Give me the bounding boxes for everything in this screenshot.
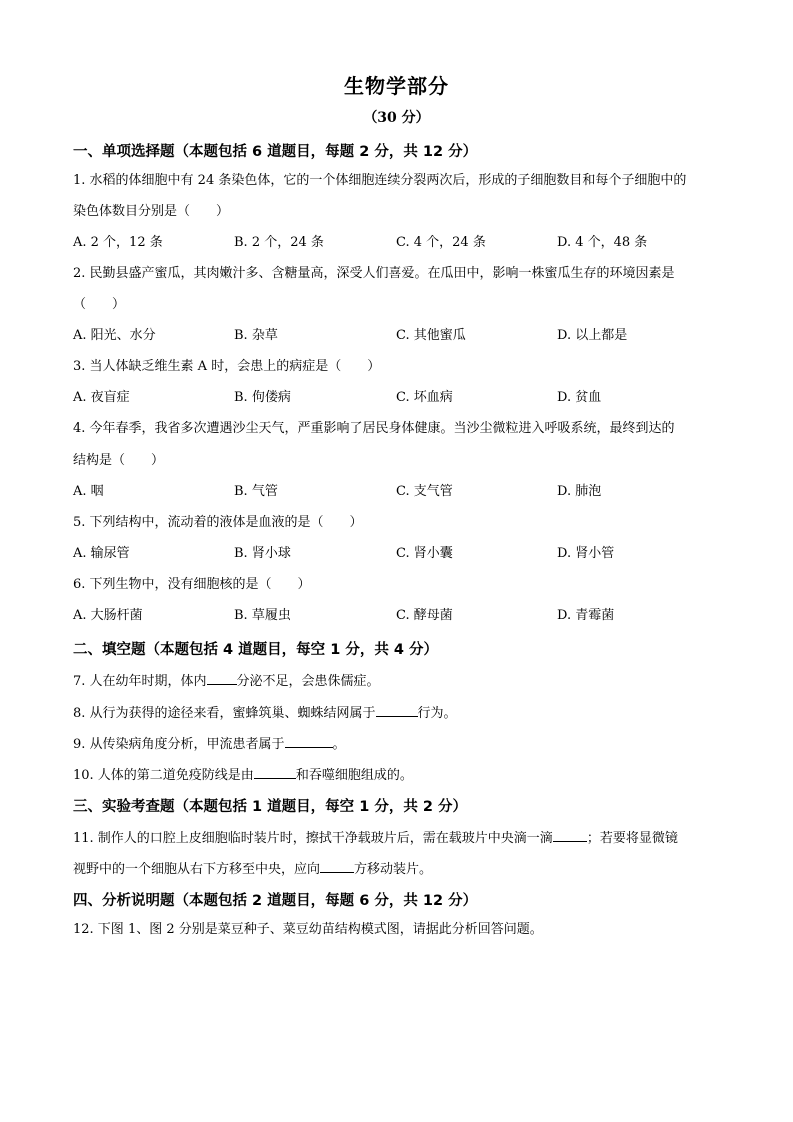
question-5-option-a: A. 输尿管 xyxy=(73,545,130,563)
question-10-text-before: 10. 人体的第二道免疫防线是由 xyxy=(73,768,254,783)
question-8: 8. 从行为获得的途径来看，蜜蜂筑巢、蜘蛛结网属于行为。 xyxy=(73,702,457,723)
question-3-option-b: B. 佝偻病 xyxy=(234,389,291,407)
question-7-text-after: 分泌不足，会患侏儒症。 xyxy=(237,674,380,689)
question-3-option-a: A. 夜盲症 xyxy=(73,389,130,407)
question-11-text-3: 视野中的一个细胞从右下方移至中央，应向 xyxy=(73,862,320,877)
question-11-text-2: ；若要将显微镜 xyxy=(587,831,678,846)
question-6-line-1: 6. 下列生物中，没有细胞核的是（ ） xyxy=(73,576,311,594)
question-2-option-b: B. 杂草 xyxy=(234,327,278,345)
question-2-line-2: （ ） xyxy=(73,296,125,314)
question-4-option-d: D. 肺泡 xyxy=(557,483,601,501)
question-9: 9. 从传染病角度分析，甲流患者属于。 xyxy=(73,733,346,754)
question-10-answer-blank[interactable] xyxy=(254,764,296,779)
question-10: 10. 人体的第二道免疫防线是由和吞噬细胞组成的。 xyxy=(73,764,413,785)
question-5-option-b: B. 肾小球 xyxy=(234,545,291,563)
question-1-option-b: B. 2 个，24 条 xyxy=(234,234,324,252)
question-2-line-1: 2. 民勤县盛产蜜瓜，其肉嫩汁多、含糖量高，深受人们喜爱。在瓜田中，影响一株蜜瓜… xyxy=(73,265,675,283)
question-6-option-d: D. 青霉菌 xyxy=(557,607,614,625)
question-5-option-c: C. 肾小囊 xyxy=(396,545,453,563)
question-11-line-2: 视野中的一个细胞从右下方移至中央，应向方移动装片。 xyxy=(73,858,432,879)
question-1-option-a: A. 2 个，12 条 xyxy=(73,234,163,252)
question-4-line-2: 结构是（ ） xyxy=(73,452,164,470)
total-score: （30 分） xyxy=(0,107,793,127)
question-11-line-1: 11. 制作人的口腔上皮细胞临时装片时，擦拭干净载玻片后，需在载玻片中央滴一滴；… xyxy=(73,827,678,848)
question-9-answer-blank[interactable] xyxy=(285,733,333,748)
exam-page: 生物学部分 （30 分） 一、单项选择题（本题包括 6 道题目，每题 2 分，共… xyxy=(0,0,793,1122)
section-heading-multiple-choice: 一、单项选择题（本题包括 6 道题目，每题 2 分，共 12 分） xyxy=(73,140,477,161)
question-8-text-after: 行为。 xyxy=(418,706,457,721)
question-11-text-1: 11. 制作人的口腔上皮细胞临时装片时，擦拭干净载玻片后，需在载玻片中央滴一滴 xyxy=(73,831,553,846)
question-11-text-4: 方移动装片。 xyxy=(354,862,432,877)
question-2-option-a: A. 阳光、水分 xyxy=(73,327,156,345)
section-heading-fill-in-blank: 二、填空题（本题包括 4 道题目，每空 1 分，共 4 分） xyxy=(73,638,438,659)
question-1-option-d: D. 4 个，48 条 xyxy=(557,234,647,252)
question-3-option-c: C. 坏血病 xyxy=(396,389,453,407)
question-8-answer-blank[interactable] xyxy=(376,702,418,717)
question-7-text-before: 7. 人在幼年时期，体内 xyxy=(73,674,207,689)
section-heading-experiment: 三、实验考查题（本题包括 1 道题目，每空 1 分，共 2 分） xyxy=(73,795,467,816)
question-11-answer-blank-2[interactable] xyxy=(320,858,354,873)
question-7: 7. 人在幼年时期，体内分泌不足，会患侏儒症。 xyxy=(73,670,380,691)
question-10-text-after: 和吞噬细胞组成的。 xyxy=(296,768,413,783)
question-4-line-1: 4. 今年春季，我省多次遭遇沙尘天气，严重影响了居民身体健康。当沙尘微粒进入呼吸… xyxy=(73,420,675,438)
question-1-option-c: C. 4 个，24 条 xyxy=(396,234,486,252)
question-6-option-c: C. 酵母菌 xyxy=(396,607,453,625)
question-8-text-before: 8. 从行为获得的途径来看，蜜蜂筑巢、蜘蛛结网属于 xyxy=(73,706,376,721)
question-3-line-1: 3. 当人体缺乏维生素 A 时，会患上的病症是（ ） xyxy=(73,358,380,376)
question-1-line-2: 染色体数目分别是（ ） xyxy=(73,203,229,221)
question-9-text-after: 。 xyxy=(333,737,346,752)
question-12-line-1: 12. 下图 1、图 2 分别是菜豆种子、菜豆幼苗结构模式图，请据此分析回答问题… xyxy=(73,921,543,939)
question-3-option-d: D. 贫血 xyxy=(557,389,601,407)
question-7-answer-blank[interactable] xyxy=(207,670,237,685)
section-heading-analysis: 四、分析说明题（本题包括 2 道题目，每题 6 分，共 12 分） xyxy=(73,889,477,910)
question-1-line-1: 1. 水稻的体细胞中有 24 条染色体，它的一个体细胞连续分裂两次后，形成的子细… xyxy=(73,172,686,190)
question-4-option-a: A. 咽 xyxy=(73,483,104,501)
page-title: 生物学部分 xyxy=(0,70,793,99)
question-6-option-b: B. 草履虫 xyxy=(234,607,291,625)
question-5-line-1: 5. 下列结构中，流动着的液体是血液的是（ ） xyxy=(73,514,363,532)
question-4-option-c: C. 支气管 xyxy=(396,483,453,501)
question-5-option-d: D. 肾小管 xyxy=(557,545,614,563)
question-6-option-a: A. 大肠杆菌 xyxy=(73,607,143,625)
question-2-option-d: D. 以上都是 xyxy=(557,327,627,345)
question-2-option-c: C. 其他蜜瓜 xyxy=(396,327,466,345)
question-9-text-before: 9. 从传染病角度分析，甲流患者属于 xyxy=(73,737,285,752)
question-11-answer-blank-1[interactable] xyxy=(553,827,587,842)
question-4-option-b: B. 气管 xyxy=(234,483,278,501)
